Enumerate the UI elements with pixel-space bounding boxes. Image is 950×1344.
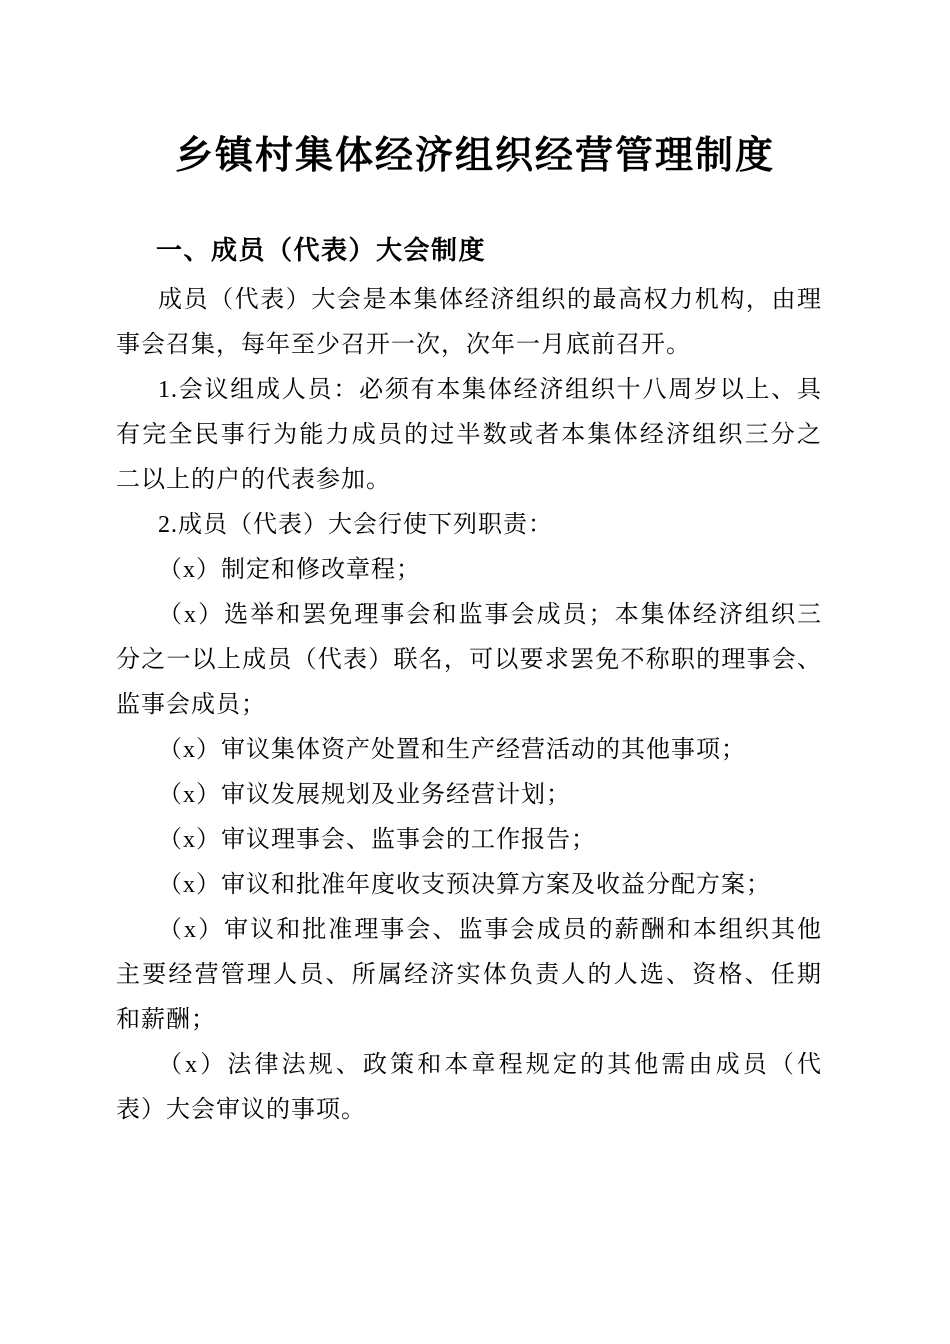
- text-line: （x）审议发展规划及业务经营计划；: [116, 773, 822, 818]
- text-line: 成员（代表）大会是本集体经济组织的最高权力机构，由理: [116, 278, 822, 323]
- document-body: 成员（代表）大会是本集体经济组织的最高权力机构，由理事会召集，每年至少召开一次，…: [116, 278, 822, 1133]
- text-line: （x）法律法规、政策和本章程规定的其他需由成员（代: [116, 1043, 822, 1088]
- text-line: 分之一以上成员（代表）联名，可以要求罢免不称职的理事会、: [116, 638, 822, 683]
- text-line: （x）审议集体资产处置和生产经营活动的其他事项；: [116, 728, 822, 773]
- text-line: （x）审议理事会、监事会的工作报告；: [116, 818, 822, 863]
- text-line: 2.成员（代表）大会行使下列职责：: [116, 503, 822, 548]
- text-line: （x）选举和罢免理事会和监事会成员；本集体经济组织三: [116, 593, 822, 638]
- text-line: 监事会成员；: [116, 683, 822, 728]
- text-line: 二以上的户的代表参加。: [116, 458, 822, 503]
- text-line: 事会召集，每年至少召开一次，次年一月底前召开。: [116, 323, 822, 368]
- document-title: 乡镇村集体经济组织经营管理制度: [0, 0, 950, 178]
- section-heading: 一、成员（代表）大会制度: [116, 228, 822, 273]
- text-line: （x）审议和批准理事会、监事会成员的薪酬和本组织其他: [116, 908, 822, 953]
- document-page: 乡镇村集体经济组织经营管理制度 一、成员（代表）大会制度 成员（代表）大会是本集…: [0, 0, 950, 1344]
- text-line: 表）大会审议的事项。: [116, 1088, 822, 1133]
- text-line: （x）审议和批准年度收支预决算方案及收益分配方案；: [116, 863, 822, 908]
- text-line: 和薪酬；: [116, 998, 822, 1043]
- text-line: 主要经营管理人员、所属经济实体负责人的人选、资格、任期: [116, 953, 822, 998]
- text-line: 1.会议组成人员：必须有本集体经济组织十八周岁以上、具: [116, 368, 822, 413]
- text-line: 有完全民事行为能力成员的过半数或者本集体经济组织三分之: [116, 413, 822, 458]
- text-line: （x）制定和修改章程；: [116, 548, 822, 593]
